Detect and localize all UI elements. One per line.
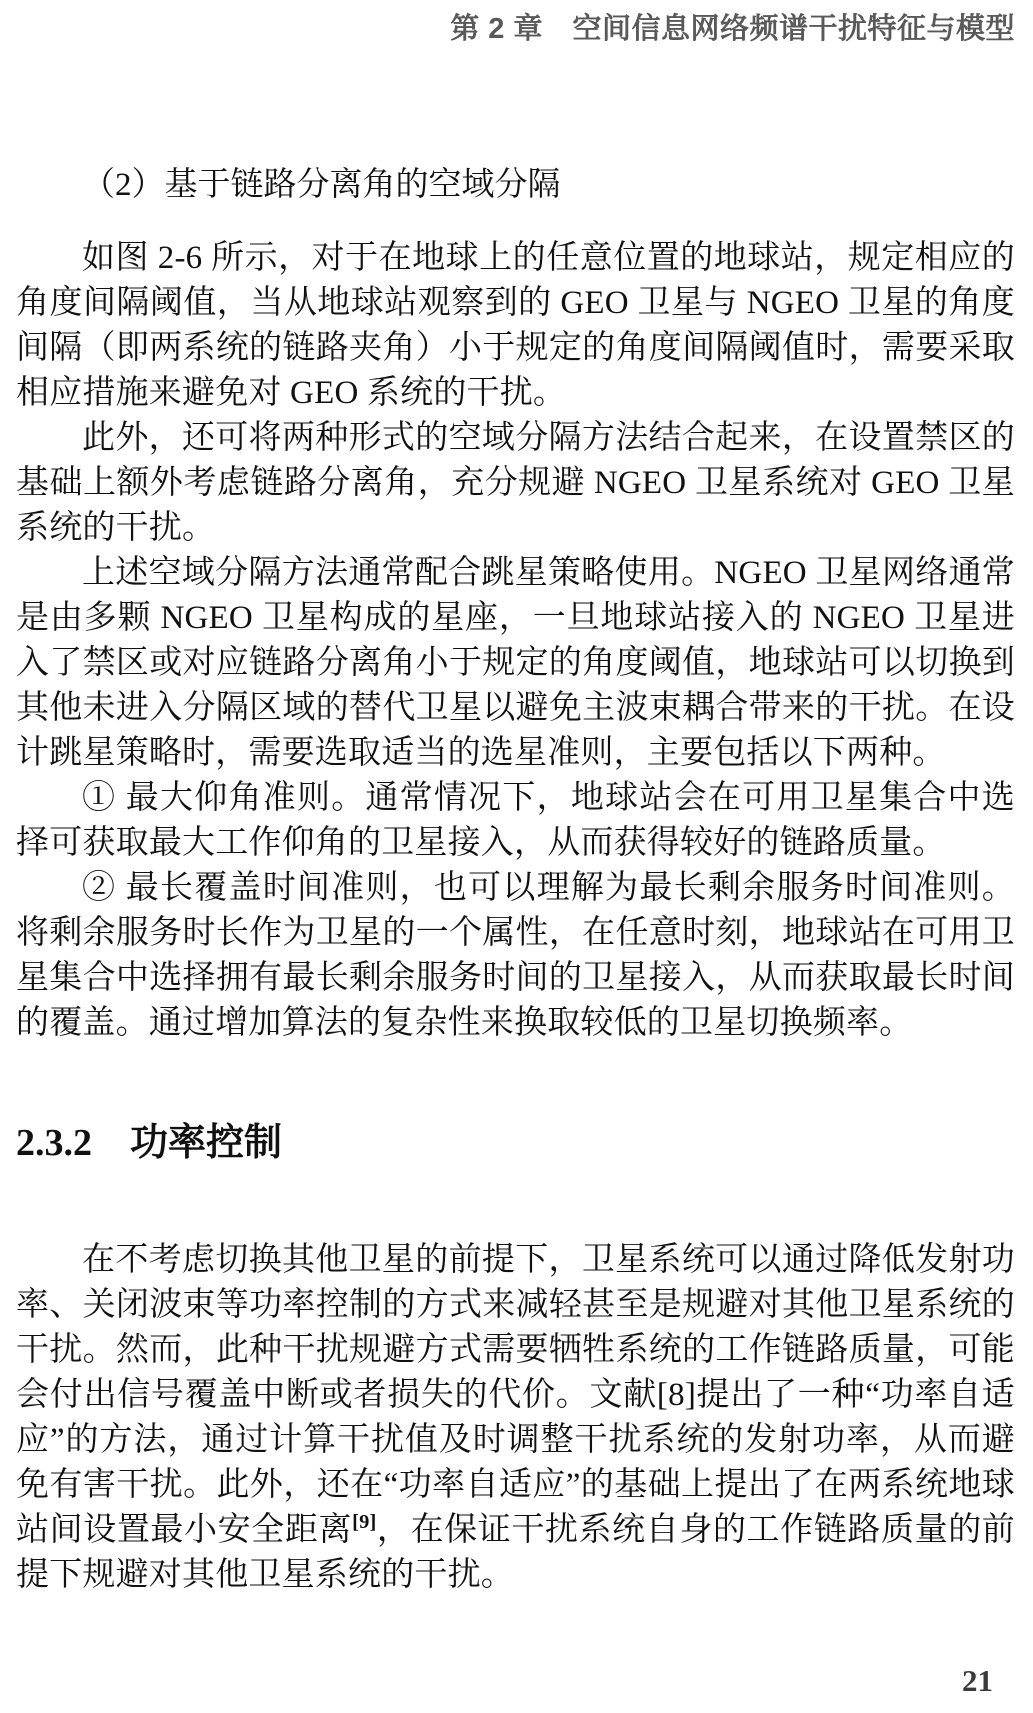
paragraph-max-elevation-criterion: ① 最大仰角准则。通常情况下，地球站会在可用卫星集合中选择可获取最大工作仰角的卫… — [16, 776, 1015, 866]
citation-reference-9: [9] — [352, 1511, 376, 1533]
section-title: 功率控制 — [130, 1122, 282, 1164]
paragraph-power-control: 在不考虑切换其他卫星的前提下，卫星系统可以通过降低发射功率、关闭波束等功率控制的… — [16, 1238, 1015, 1598]
page-number: 21 — [962, 1663, 993, 1699]
power-paragraph-text: 在不考虑切换其他卫星的前提下，卫星系统可以通过降低发射功率、关闭波束等功率控制的… — [16, 1242, 1015, 1548]
paragraph-satellite-hopping: 上述空域分隔方法通常配合跳星策略使用。NGEO 卫星网络通常是由多颗 NGEO … — [16, 551, 1015, 776]
running-header: 第 2 章 空间信息网络频谱干扰特征与模型 — [16, 12, 1015, 46]
page-body: （2）基于链路分离角的空域分隔 如图 2-6 所示，对于在地球上的任意位置的地球… — [16, 163, 1015, 1598]
paragraph-longest-coverage-criterion: ② 最长覆盖时间准则，也可以理解为最长剩余服务时间准则。将剩余服务时长作为卫星的… — [16, 866, 1015, 1046]
paragraph-spatial-separation: 如图 2-6 所示，对于在地球上的任意位置的地球站，规定相应的角度间隔阈值，当从… — [16, 236, 1015, 416]
section-number: 2.3.2 — [16, 1122, 92, 1164]
section-heading: 2.3.2功率控制 — [16, 1118, 1015, 1168]
paragraph-combined-method: 此外，还可将两种形式的空域分隔方法结合起来，在设置禁区的基础上额外考虑链路分离角… — [16, 416, 1015, 551]
item-heading: （2）基于链路分离角的空域分隔 — [16, 163, 1015, 208]
document-page: 第 2 章 空间信息网络频谱干扰特征与模型 （2）基于链路分离角的空域分隔 如图… — [0, 0, 1033, 1713]
